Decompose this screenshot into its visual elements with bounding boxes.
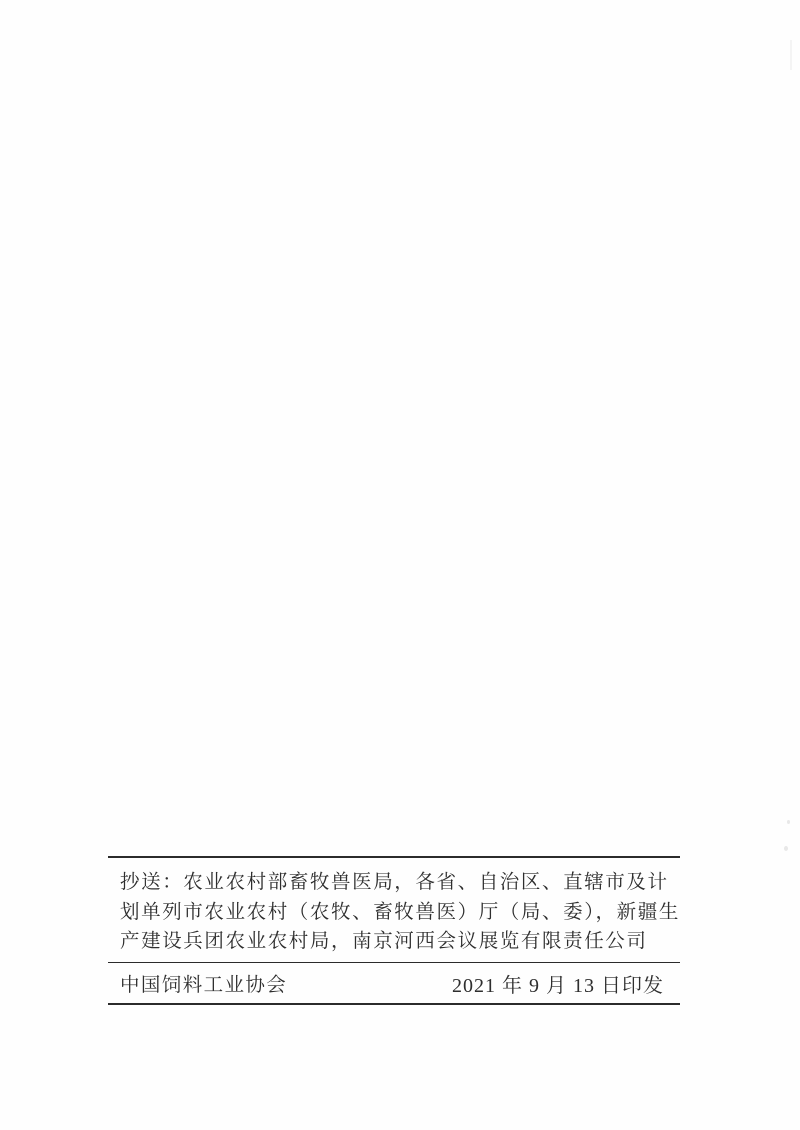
- document-footer: 抄送：农业农村部畜牧兽医局，各省、自治区、直辖市及计 划单列市农业农村（农牧、畜…: [108, 856, 680, 1005]
- document-page: 抄送：农业农村部畜牧兽医局，各省、自治区、直辖市及计 划单列市农业农村（农牧、畜…: [0, 0, 800, 1130]
- scan-speck: [787, 820, 790, 824]
- issuer-name: 中国饲料工业协会: [120, 969, 287, 997]
- scan-speck: [784, 846, 788, 851]
- cc-line-1: 抄送：农业农村部畜牧兽医局，各省、自治区、直辖市及计: [120, 867, 680, 897]
- issuance-line: 中国饲料工业协会 2021 年 9 月 13 日印发: [108, 963, 680, 1003]
- cc-line-3: 产建设兵团农业农村局，南京河西会议展览有限责任公司: [120, 926, 680, 956]
- bottom-rule: [108, 1003, 680, 1005]
- cc-list: 抄送：农业农村部畜牧兽医局，各省、自治区、直辖市及计 划单列市农业农村（农牧、畜…: [108, 858, 680, 962]
- cc-line-2: 划单列市农业农村（农牧、畜牧兽医）厅（局、委），新疆生: [120, 897, 680, 927]
- scan-speck: [790, 40, 792, 70]
- issue-date: 2021 年 9 月 13 日印发: [452, 969, 664, 998]
